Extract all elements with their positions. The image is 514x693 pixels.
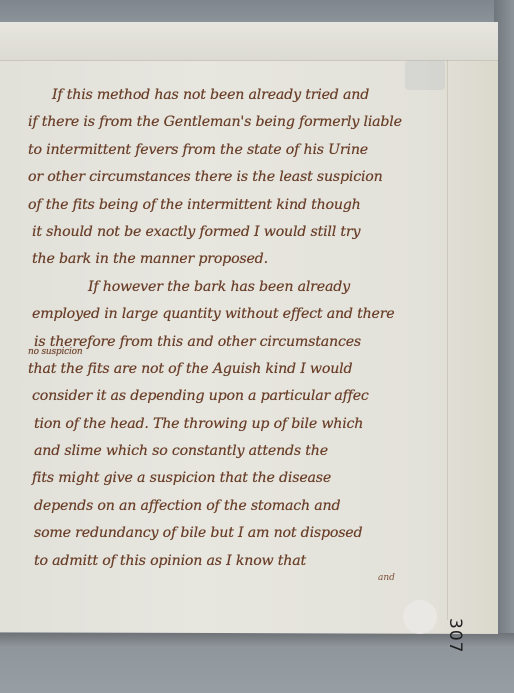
text-line: of the fits being of the intermittent ki… [28, 192, 448, 219]
text-line: some redundancy of bile but I am not dis… [28, 520, 448, 547]
text-line: to admitt of this opinion as I know that [28, 548, 448, 575]
handwritten-text: If this method has not been already trie… [28, 82, 448, 575]
text-line: and slime which so constantly attends th… [28, 438, 448, 465]
text-line: If this method has not been already trie… [28, 82, 448, 109]
text-line: or other circumstances there is the leas… [28, 164, 448, 191]
text-line: fits might give a suspicion that the dis… [28, 465, 448, 492]
text-line: tion of the head. The throwing up of bil… [28, 411, 448, 438]
interlinear-insertion: no suspicion [28, 347, 82, 357]
text-line: If however the bark has been already [28, 274, 448, 301]
text-line: no suspicion that the fits are not of th… [28, 356, 448, 383]
background-top [0, 0, 514, 22]
text-line: it should not be exactly formed I would … [28, 219, 448, 246]
paper-fold-strip [0, 22, 498, 61]
text-line: employed in large quantity without effec… [28, 301, 448, 328]
text-line: if there is from the Gentleman's being f… [28, 109, 448, 136]
text-line: depends on an affection of the stomach a… [28, 493, 448, 520]
background-bottom [0, 633, 514, 693]
text-line: is therefore from this and other circums… [28, 329, 448, 356]
folio-number: 307 [445, 618, 465, 653]
catchword: and [378, 573, 395, 583]
paper-blemish [403, 600, 437, 634]
text-line: to intermittent fevers from the state of… [28, 137, 448, 164]
text-line: the bark in the manner proposed. [28, 246, 448, 273]
text-line: consider it as depending upon a particul… [28, 383, 448, 410]
